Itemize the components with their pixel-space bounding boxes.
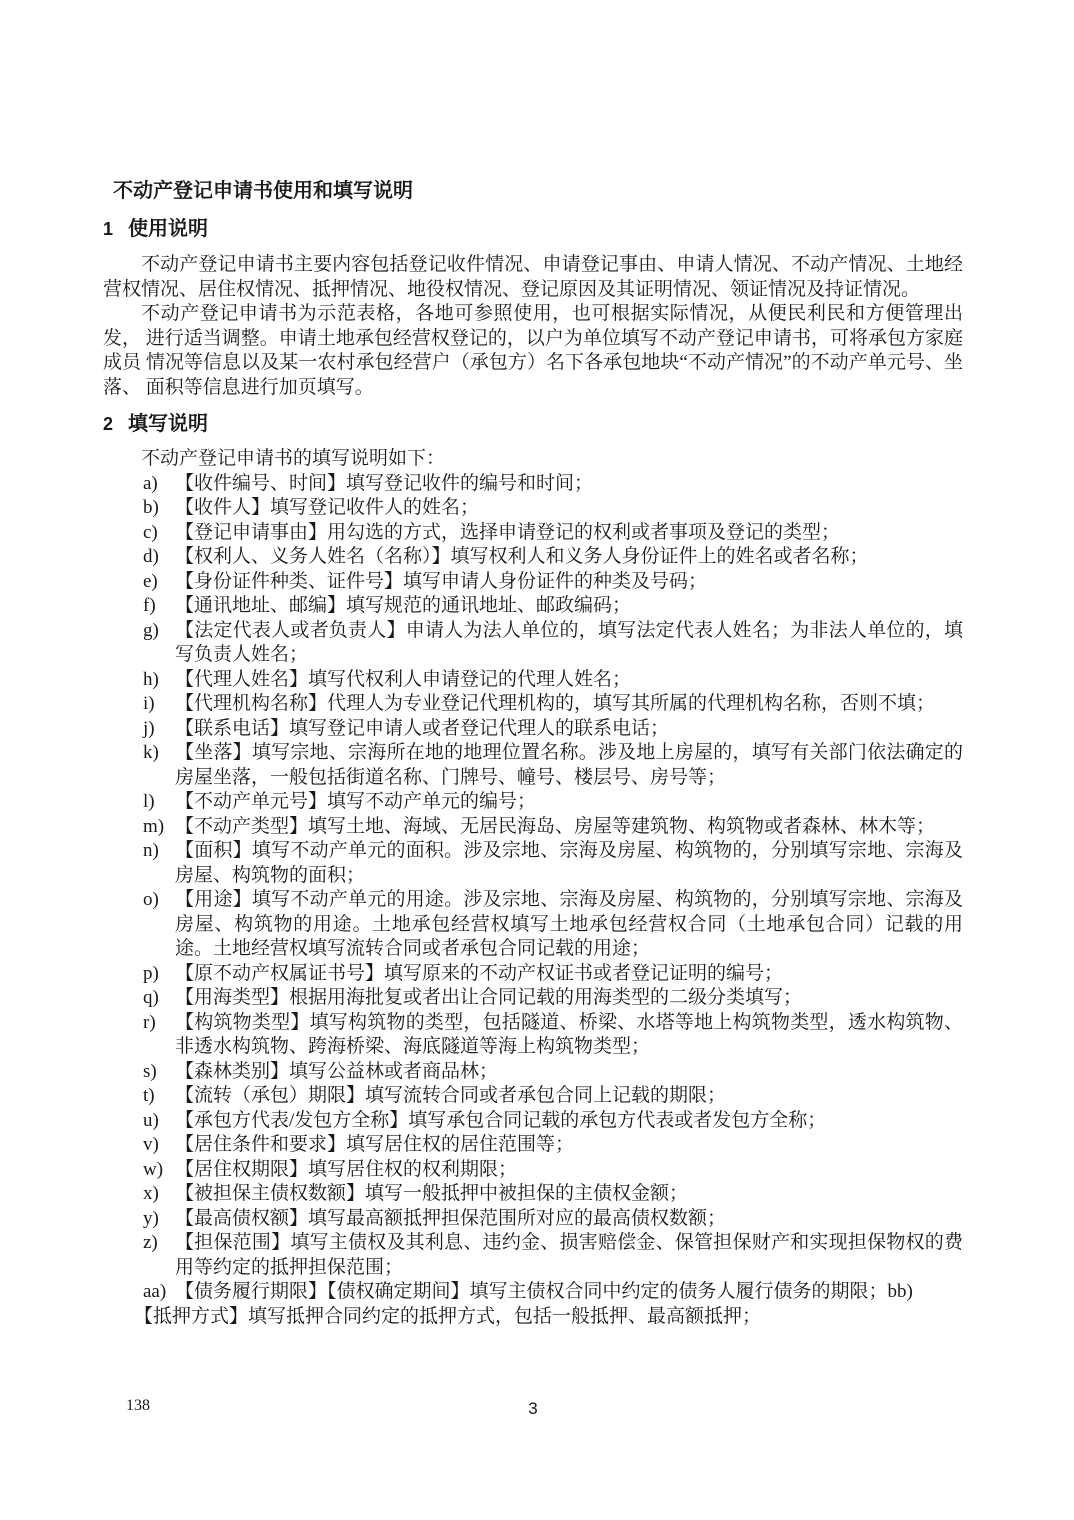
item-label: l) [143,790,155,815]
item-label: y) [143,1207,159,1232]
list-item: x)【被担保主债权数额】填写一般抵押中被担保的主债权金额； [103,1182,963,1207]
item-text: 【收件编号、时间】填写登记收件的编号和时间； [175,473,593,494]
item-label: k) [143,741,159,766]
item-text: 【不动产类型】填写土地、海域、无居民海岛、房屋等建筑物、构筑物或者森林、林木等； [175,816,935,837]
list-item: t)【流转（承包）期限】填写流转合同或者承包合同上记载的期限； [103,1084,963,1109]
list-item: b)【收件人】填写登记收件人的姓名； [103,496,963,521]
list-item: o)【用途】填写不动产单元的用途。涉及宗地、宗海及房屋、构筑物的，分别填写宗地、… [103,888,963,962]
item-text: 【用途】填写不动产单元的用途。涉及宗地、宗海及房屋、构筑物的，分别填写宗地、宗海… [175,889,963,959]
item-text: 【权利人、义务人姓名（名称）】填写权利人和义务人身份证件上的姓名或者名称； [175,546,869,567]
item-label: m) [143,815,164,840]
section-1-heading: 1使用说明 [103,217,963,242]
list-item: g)【法定代表人或者负责人】申请人为法人单位的，填写法定代表人姓名；为非法人单位… [103,619,963,668]
item-text: 【面积】填写不动产单元的面积。涉及宗地、宗海及房屋、构筑物的，分别填写宗地、宗海… [175,840,963,886]
document-title: 不动产登记申请书使用和填写说明 [113,179,963,204]
list-item: m)【不动产类型】填写土地、海域、无居民海岛、房屋等建筑物、构筑物或者森林、林木… [103,815,963,840]
item-label: t) [143,1084,155,1109]
item-text: 【担保范围】填写主债权及其利息、违约金、损害赔偿金、保管担保财产和实现担保物权的… [175,1232,963,1278]
section-2-number: 2 [103,412,128,437]
list-item: w)【居住权期限】填写居住权的权利期限； [103,1158,963,1183]
item-text: 【不动产单元号】填写不动产单元的编号； [175,791,536,812]
list-item: r)【构筑物类型】填写构筑物的类型，包括隧道、桥梁、水塔等地上构筑物类型，透水构… [103,1011,963,1060]
item-text: 【被担保主债权数额】填写一般抵押中被担保的主债权金额； [175,1183,688,1204]
item-label: q) [143,986,159,1011]
item-text: 【森林类别】填写公益林或者商品林； [175,1061,498,1082]
paragraph: 不动产登记申请书为示范表格，各地可参照使用，也可根据实际情况，从便民利民和方便管… [103,302,963,400]
list-item: k)【坐落】填写宗地、宗海所在地的地理位置名称。涉及地上房屋的，填写有关部门依法… [103,741,963,790]
item-text: 【收件人】填写登记收件人的姓名； [175,497,479,518]
item-text: 【居住条件和要求】填写居住权的居住范围等； [175,1134,574,1155]
item-label: v) [143,1133,159,1158]
list-item: f)【通讯地址、邮编】填写规范的通讯地址、邮政编码； [103,594,963,619]
list-item: a)【收件编号、时间】填写登记收件的编号和时间； [103,472,963,497]
list-item: d)【权利人、义务人姓名（名称）】填写权利人和义务人身份证件上的姓名或者名称； [103,545,963,570]
item-text: 【通讯地址、邮编】填写规范的通讯地址、邮政编码； [175,595,631,616]
item-label: h) [143,668,159,693]
footer-center-page-number: 3 [103,1399,963,1419]
section-2-heading-text: 填写说明 [128,413,208,435]
trailing-paragraph: 【抵押方式】填写抵押合同约定的抵押方式，包括一般抵押、最高额抵押； [134,1305,963,1330]
list-item: q)【用海类型】根据用海批复或者出让合同记载的用海类型的二级分类填写； [103,986,963,1011]
item-label: c) [143,521,158,546]
item-text: 【债务履行期限】【债权确定期间】填写主债权合同中约定的债务人履行债务的期限；bb… [175,1281,913,1302]
item-label: p) [143,962,159,987]
instruction-list: a)【收件编号、时间】填写登记收件的编号和时间；b)【收件人】填写登记收件人的姓… [103,472,963,1305]
item-text: 【最高债权额】填写最高额抵押担保范围所对应的最高债权数额； [175,1208,726,1229]
list-item: j)【联系电话】填写登记申请人或者登记代理人的联系电话； [103,717,963,742]
item-label: w) [143,1158,163,1183]
item-text: 【代理人姓名】填写代权利人申请登记的代理人姓名； [175,669,631,690]
item-label: r) [143,1011,156,1036]
section-1-number: 1 [103,217,128,242]
item-label: z) [143,1231,158,1256]
section-2-intro: 不动产登记申请书的填写说明如下： [103,447,963,472]
document-page: 不动产登记申请书使用和填写说明 1使用说明 不动产登记申请书主要内容包括登记收件… [0,0,1074,1520]
item-text: 【居住权期限】填写居住权的权利期限； [175,1159,517,1180]
item-text: 【联系电话】填写登记申请人或者登记代理人的联系电话； [175,718,669,739]
list-item: s)【森林类别】填写公益林或者商品林； [103,1060,963,1085]
list-item: l)【不动产单元号】填写不动产单元的编号； [103,790,963,815]
item-label: i) [143,692,155,717]
list-item: n)【面积】填写不动产单元的面积。涉及宗地、宗海及房屋、构筑物的，分别填写宗地、… [103,839,963,888]
item-text: 【登记申请事由】用勾选的方式，选择申请登记的权利或者事项及登记的类型； [175,522,840,543]
list-item: y)【最高债权额】填写最高额抵押担保范围所对应的最高债权数额； [103,1207,963,1232]
item-label: g) [143,619,159,644]
item-text: 【坐落】填写宗地、宗海所在地的地理位置名称。涉及地上房屋的，填写有关部门依法确定… [175,742,963,788]
section-1-heading-text: 使用说明 [128,218,208,240]
item-label: b) [143,496,159,521]
section-1-paragraphs: 不动产登记申请书主要内容包括登记收件情况、申请登记事由、申请人情况、不动产情况、… [103,253,963,400]
item-text: 【原不动产权属证书号】填写原来的不动产权证书或者登记证明的编号； [175,963,783,984]
item-text: 【身份证件种类、证件号】填写申请人身份证件的种类及号码； [175,571,707,592]
item-label: d) [143,545,159,570]
item-text: 【承包方代表/发包方全称】填写承包合同记载的承包方代表或者发包方全称； [175,1110,826,1131]
item-label: e) [143,570,158,595]
item-label: a) [143,472,158,497]
list-item: u)【承包方代表/发包方全称】填写承包合同记载的承包方代表或者发包方全称； [103,1109,963,1134]
list-item: v)【居住条件和要求】填写居住权的居住范围等； [103,1133,963,1158]
item-label: u) [143,1109,159,1134]
list-item: aa)【债务履行期限】【债权确定期间】填写主债权合同中约定的债务人履行债务的期限… [103,1280,963,1305]
item-label: aa) [143,1280,166,1305]
item-label: o) [143,888,159,913]
list-item: e)【身份证件种类、证件号】填写申请人身份证件的种类及号码； [103,570,963,595]
paragraph: 不动产登记申请书主要内容包括登记收件情况、申请登记事由、申请人情况、不动产情况、… [103,253,963,302]
item-label: f) [143,594,156,619]
list-item: z)【担保范围】填写主债权及其利息、违约金、损害赔偿金、保管担保财产和实现担保物… [103,1231,963,1280]
list-item: i)【代理机构名称】代理人为专业登记代理机构的，填写其所属的代理机构名称，否则不… [103,692,963,717]
list-item: h)【代理人姓名】填写代权利人申请登记的代理人姓名； [103,668,963,693]
item-text: 【法定代表人或者负责人】申请人为法人单位的，填写法定代表人姓名；为非法人单位的，… [175,620,963,666]
item-text: 【构筑物类型】填写构筑物的类型，包括隧道、桥梁、水塔等地上构筑物类型，透水构筑物… [175,1012,963,1058]
item-text: 【用海类型】根据用海批复或者出让合同记载的用海类型的二级分类填写； [175,987,802,1008]
item-label: s) [143,1060,157,1085]
item-label: j) [143,717,155,742]
item-label: x) [143,1182,159,1207]
item-text: 【流转（承包）期限】填写流转合同或者承包合同上记载的期限； [175,1085,726,1106]
list-item: c)【登记申请事由】用勾选的方式，选择申请登记的权利或者事项及登记的类型； [103,521,963,546]
item-label: n) [143,839,159,864]
list-item: p)【原不动产权属证书号】填写原来的不动产权证书或者登记证明的编号； [103,962,963,987]
section-2-heading: 2填写说明 [103,412,963,437]
item-text: 【代理机构名称】代理人为专业登记代理机构的，填写其所属的代理机构名称，否则不填； [175,693,935,714]
